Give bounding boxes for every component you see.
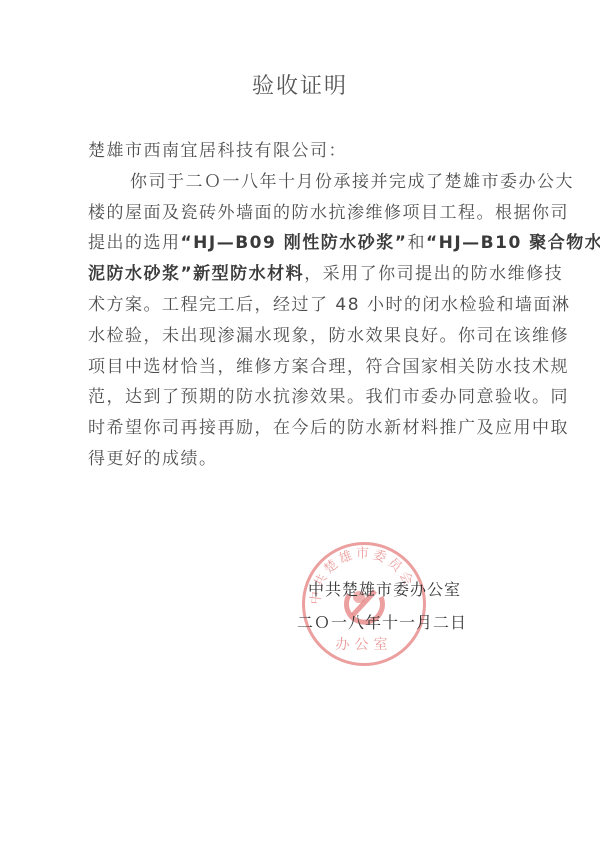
- body-line: 时希望你司再接再励，在今后的防水新材料推广及应用中取: [88, 413, 518, 444]
- product-name-b10: “HJ—B10 聚合物水: [426, 233, 600, 253]
- document-body: 楚雄市西南宜居科技有限公司： 你司于二Ｏ一八年十月份承接并完成了楚雄市委办公大 …: [88, 136, 518, 475]
- body-line: 范，达到了预期的防水抗渗效果。我们市委办同意验收。同: [88, 382, 518, 413]
- product-name-b09: “HJ—B09 刚性防水砂浆”: [181, 233, 408, 253]
- body-line: 项目中选材恰当，维修方案合理，符合国家相关防水技术规: [88, 352, 518, 383]
- document-title: 验收证明: [0, 72, 600, 102]
- body-text-segment: 和: [407, 233, 426, 253]
- signature-organization: 中共楚雄市委办公室: [308, 577, 518, 600]
- body-text-segment: 提出的选用: [88, 233, 181, 253]
- body-line: 泥防水砂浆”新型防水材料，采用了你司提出的防水维修技: [88, 259, 518, 290]
- body-text-segment: ，采用了你司提出的防水维修技: [304, 264, 563, 284]
- body-line: 提出的选用“HJ—B09 刚性防水砂浆”和“HJ—B10 聚合物水: [88, 228, 518, 259]
- body-text-segment: 时希望你司再接再励，在今后的防水新材料推广及应用中取: [88, 418, 569, 438]
- salutation: 楚雄市西南宜居科技有限公司：: [88, 136, 518, 167]
- body-text-segment: 术方案。工程完工后，经过了 48 小时的闭水检验和墙面淋: [88, 295, 570, 315]
- signature-date: 二Ｏ一八年十一月二日: [297, 610, 507, 633]
- seal-bottom-text: 办公室: [336, 636, 393, 653]
- body-text-segment: 水检验，未出现渗漏水现象，防水效果良好。你司在该维修: [88, 326, 569, 346]
- body-text-segment: 范，达到了预期的防水抗渗效果。我们市委办同意验收。同: [88, 387, 569, 407]
- body-line: 术方案。工程完工后，经过了 48 小时的闭水检验和墙面淋: [88, 290, 518, 321]
- body-text-segment: 楼的屋面及瓷砖外墙面的防水抗渗维修项目工程。根据你司: [88, 203, 569, 223]
- seal-icon: 中共楚雄市委员会 办公室: [305, 545, 423, 663]
- body-text-segment: 你司于二Ｏ一八年十月份承接并完成了楚雄市委办公大: [130, 172, 574, 192]
- body-line: 得更好的成绩。: [88, 444, 518, 475]
- body-line: 楼的屋面及瓷砖外墙面的防水抗渗维修项目工程。根据你司: [88, 198, 518, 229]
- document-page: 验收证明 楚雄市西南宜居科技有限公司： 你司于二Ｏ一八年十月份承接并完成了楚雄市…: [0, 0, 600, 849]
- body-text-segment: 得更好的成绩。: [88, 449, 218, 469]
- product-name-b10-cont: 泥防水砂浆”新型防水材料: [88, 264, 304, 284]
- body-line: 水检验，未出现渗漏水现象，防水效果良好。你司在该维修: [88, 321, 518, 352]
- body-line: 你司于二Ｏ一八年十月份承接并完成了楚雄市委办公大: [88, 167, 518, 198]
- body-text-segment: 项目中选材恰当，维修方案合理，符合国家相关防水技术规: [88, 357, 569, 377]
- official-seal: 中共楚雄市委员会 办公室: [302, 542, 426, 666]
